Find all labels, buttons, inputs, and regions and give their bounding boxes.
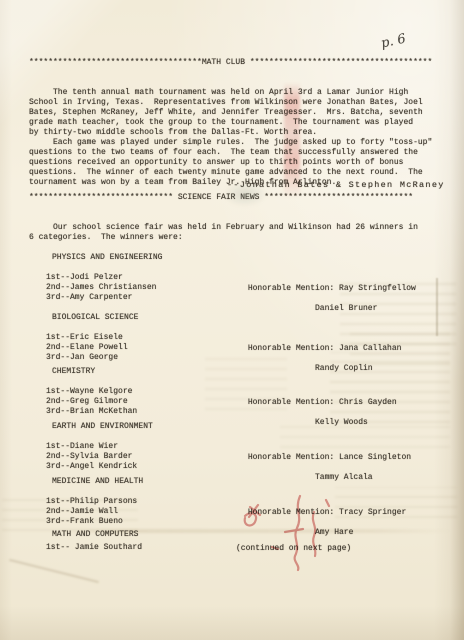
science-fair-intro: Our school science fair was held in Febr… (29, 223, 418, 243)
category-heading: BIOLOGICAL SCIENCE (52, 313, 451, 323)
ink-smudge (222, 181, 268, 207)
math-club-paragraph-1: The tenth annual math tournament was hel… (29, 88, 423, 138)
category-heading: MEDICINE AND HEALTH (52, 477, 451, 487)
honorable-mention-label: Honorable Mention: (248, 453, 334, 462)
honorable-mention-name: Jana Callahan (339, 344, 401, 353)
math-club-section-header: ************************************MATH… (29, 58, 432, 68)
science-fair-category: BIOLOGICAL SCIENCE 1st--Eric Eisele 2nd-… (46, 313, 451, 363)
honorable-mention-label: Honorable Mention: (248, 398, 334, 407)
paper-crease (9, 559, 99, 583)
newsletter-page: p. 6 ***********************************… (0, 0, 464, 640)
category-heading: EARTH AND ENVIRONMENT (52, 422, 451, 432)
science-fair-category: EARTH AND ENVIRONMENT 1st--Diane Wier 2n… (46, 422, 451, 472)
honorable-mention-name: Chris Gayden (339, 398, 397, 407)
science-fair-category: CHEMISTRY 1st--Wayne Kelgore 2nd--Greg G… (46, 367, 451, 417)
honorable-mention-name: Lance Singleton (339, 453, 411, 462)
red-ink-scribble (230, 492, 360, 572)
honorable-mention-name: Ray Stringfellow (339, 284, 416, 293)
category-heading: CHEMISTRY (52, 367, 451, 377)
honorable-mention-label: Honorable Mention: (248, 344, 334, 353)
honorable-mention-label: Honorable Mention: (248, 284, 334, 293)
red-ink-streak (284, 82, 300, 198)
handwritten-page-number: p. 6 (380, 32, 407, 52)
category-heading: PHYSICS AND ENGINEERING (52, 253, 451, 263)
science-fair-category: PHYSICS AND ENGINEERING 1st--Jodi Pelzer… (46, 253, 451, 303)
